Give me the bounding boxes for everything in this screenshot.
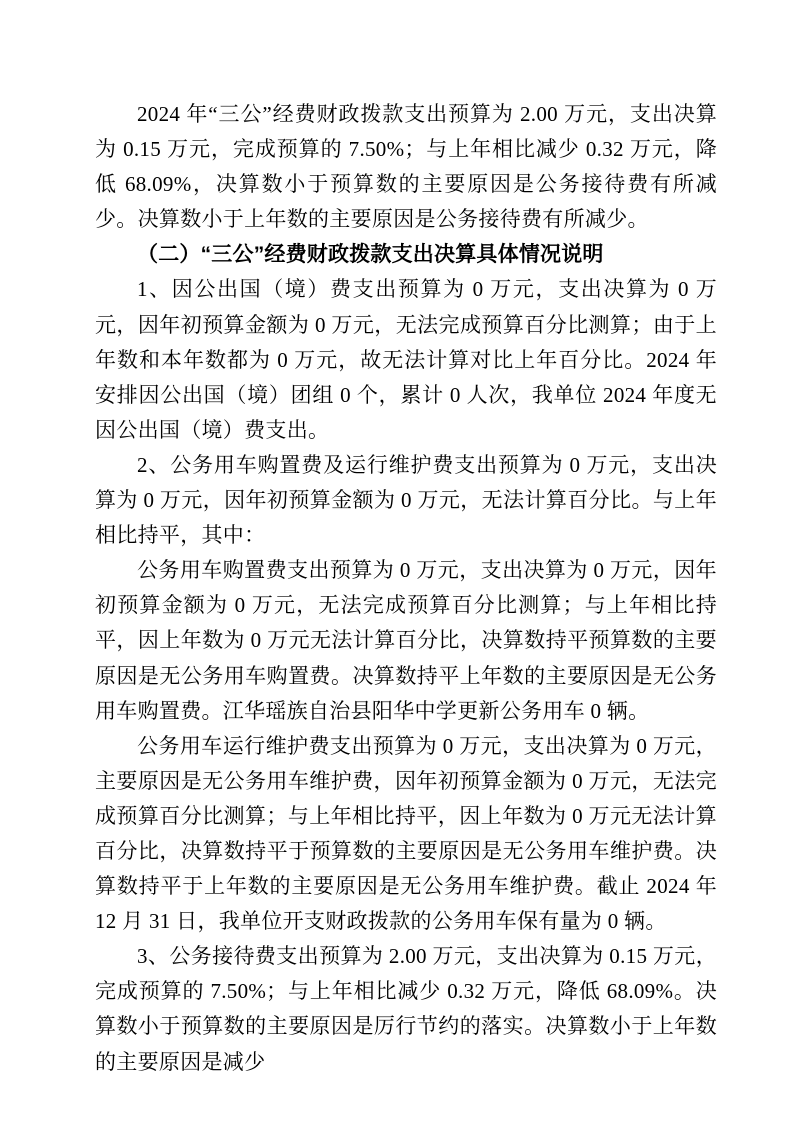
- paragraph-vehicle-purchase: 公务用车购置费支出预算为 0 万元，支出决算为 0 万元，因年初预算金额为 0 …: [95, 553, 717, 728]
- paragraph-official-reception: 3、公务接待费支出预算为 2.00 万元，支出决算为 0.15 万元，完成预算的…: [95, 939, 717, 1079]
- paragraph-sangong-summary: 2024 年“三公”经费财政拨款支出预算为 2.00 万元，支出决算为 0.15…: [95, 97, 717, 237]
- paragraph-vehicle-total: 2、公务用车购置费及运行维护费支出预算为 0 万元，支出决算为 0 万元，因年初…: [95, 448, 717, 553]
- paragraph-abroad-expense: 1、因公出国（境）费支出预算为 0 万元，支出决算为 0 万元，因年初预算金额为…: [95, 272, 717, 447]
- paragraph-vehicle-maintenance: 公务用车运行维护费支出预算为 0 万元，支出决算为 0 万元，主要原因是无公务用…: [95, 729, 717, 940]
- document-page: 2024 年“三公”经费财政拨款支出预算为 2.00 万元，支出决算为 0.15…: [0, 0, 793, 1122]
- document-body: 2024 年“三公”经费财政拨款支出预算为 2.00 万元，支出决算为 0.15…: [95, 97, 717, 1080]
- section-heading: （二）“三公”经费财政拨款支出决算具体情况说明: [95, 237, 717, 272]
